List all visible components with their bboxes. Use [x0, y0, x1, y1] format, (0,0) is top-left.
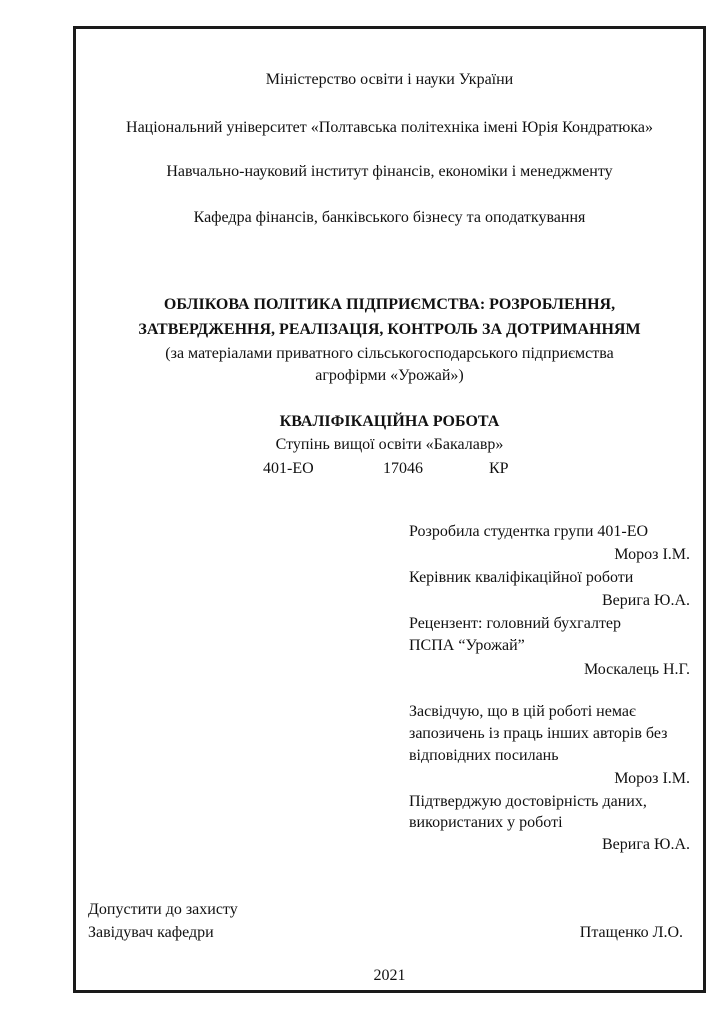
document-code: КР — [489, 459, 509, 479]
head-of-department-name: Птащенко Л.О. — [580, 923, 683, 943]
ministry-name: Міністерство освіти і науки України — [76, 70, 703, 90]
originality-statement-line3: відповідних посилань — [409, 746, 559, 766]
institute-name: Навчально-науковий інститут фінансів, ек… — [76, 162, 703, 182]
degree-level: Ступінь вищої освіти «Бакалавр» — [76, 435, 703, 455]
author-label: Розробила студентка групи 401-ЕО — [409, 522, 648, 542]
admit-to-defense: Допустити до захисту — [88, 900, 238, 920]
originality-statement-line2: запозичень із праць інших авторів без — [409, 724, 667, 744]
supervisor-name: Верига Ю.А. — [602, 591, 690, 611]
document-code-row: 401-ЕО 17046 КР — [76, 459, 703, 479]
thesis-subtitle-line1: (за матеріалами приватного сільськогоспо… — [76, 344, 703, 364]
reviewer-name: Москалець Н.Г. — [584, 660, 690, 680]
title-page-frame: Міністерство освіти і науки України Наці… — [73, 26, 706, 993]
data-confirmation-signer-name: Верига Ю.А. — [602, 835, 690, 855]
work-type: КВАЛІФІКАЦІЙНА РОБОТА — [76, 412, 703, 432]
originality-statement-line1: Засвідчую, що в цій роботі немає — [409, 702, 636, 722]
thesis-subtitle-line2: агрофірми «Урожай») — [76, 366, 703, 386]
thesis-title-line1: ОБЛІКОВА ПОЛІТИКА ПІДПРИЄМСТВА: РОЗРОБЛЕ… — [76, 295, 703, 315]
year: 2021 — [76, 966, 703, 986]
group-code: 401-ЕО — [263, 459, 314, 479]
signature-block: Розробила студентка групи 401-ЕО Мороз І… — [409, 522, 690, 882]
author-name: Мороз І.М. — [614, 545, 690, 565]
supervisor-label: Керівник кваліфікаційної роботи — [409, 568, 633, 588]
data-confirmation-line1: Підтверджую достовірність даних, — [409, 792, 647, 812]
university-name: Національний університет «Полтавська пол… — [76, 118, 703, 138]
department-name: Кафедра фінансів, банківського бізнесу т… — [76, 208, 703, 228]
data-confirmation-line2: використаних у роботі — [409, 813, 563, 833]
originality-signer-name: Мороз І.М. — [614, 769, 690, 789]
head-of-department-label: Завідувач кафедри — [88, 923, 214, 943]
thesis-title-line2: ЗАТВЕРДЖЕННЯ, РЕАЛІЗАЦІЯ, КОНТРОЛЬ ЗА ДО… — [76, 320, 703, 340]
reviewer-label-line1: Рецензент: головний бухгалтер — [409, 614, 621, 634]
reviewer-label-line2: ПСПА “Урожай” — [409, 636, 525, 656]
work-number: 17046 — [383, 459, 423, 479]
